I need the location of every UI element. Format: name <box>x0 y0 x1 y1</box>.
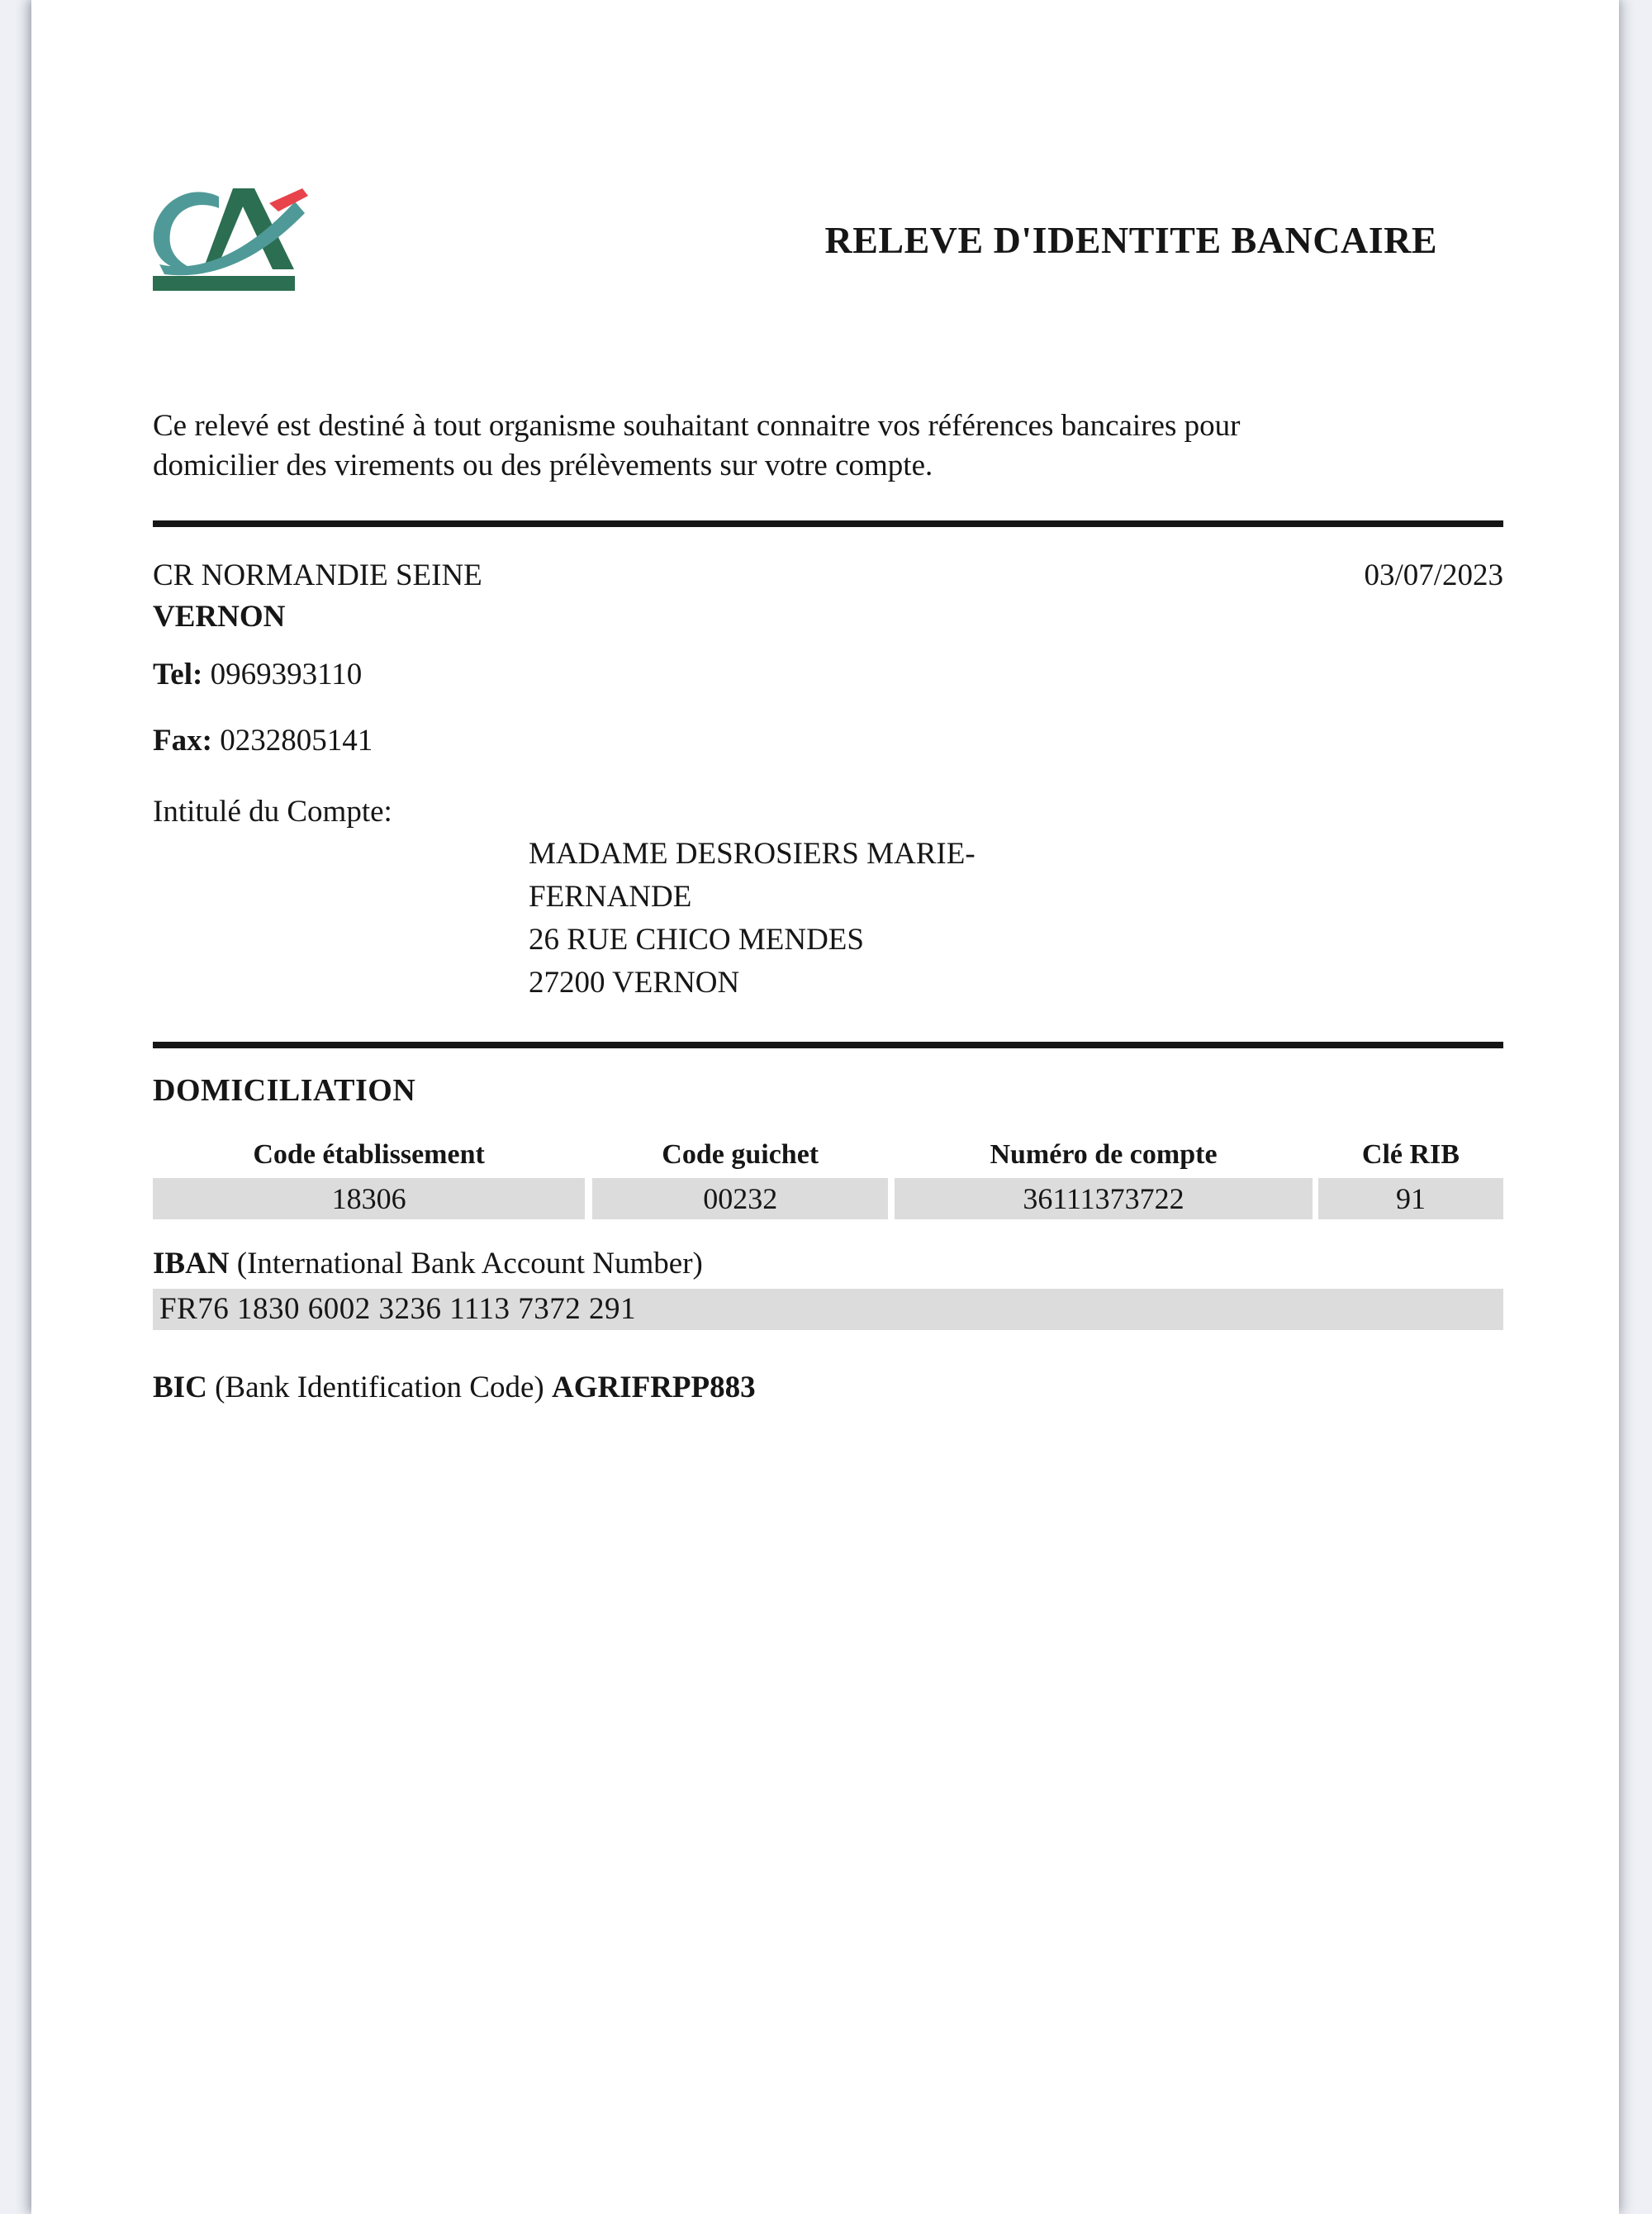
col-header-code-etablissement: Code établissement <box>153 1134 585 1176</box>
tel-label: Tel: <box>153 658 202 691</box>
branch-city: VERNON <box>153 596 1503 638</box>
fax-label: Fax: <box>153 724 212 758</box>
col-header-numero-de-compte: Numéro de compte <box>895 1134 1313 1176</box>
bic-label: BIC <box>153 1371 207 1404</box>
intro-paragraph: Ce relevé est destiné à tout organisme s… <box>153 406 1503 486</box>
horizontal-rule-top <box>153 520 1503 527</box>
tel-value: 0969393110 <box>211 658 363 691</box>
document-content: RELEVE D'IDENTITE BANCAIRE Ce relevé est… <box>31 188 1619 1409</box>
page-title: RELEVE D'IDENTITE BANCAIRE <box>825 218 1438 262</box>
cell-code-etablissement: 18306 <box>153 1178 585 1219</box>
account-holder-line: FERNANDE <box>529 876 1503 919</box>
bic-label-suffix: (Bank Identification Code) <box>215 1371 544 1404</box>
cell-numero-de-compte: 36111373722 <box>895 1178 1313 1219</box>
col-header-cle-rib: Clé RIB <box>1318 1134 1503 1176</box>
account-holder-block: MADAME DESROSIERS MARIE- FERNANDE 26 RUE… <box>153 833 1503 1005</box>
intro-line-1: Ce relevé est destiné à tout organisme s… <box>153 406 1503 446</box>
cell-cle-rib: 91 <box>1318 1178 1503 1219</box>
bic-line: BIC (Bank Identification Code) AGRIFRPP8… <box>153 1367 1503 1409</box>
cell-code-guichet: 00232 <box>592 1178 888 1219</box>
account-holder-line: 26 RUE CHICO MENDES <box>529 919 1503 962</box>
fax-line: Fax: 0232805141 <box>153 720 1503 762</box>
credit-agricole-logo-icon <box>153 188 308 291</box>
rib-table-header: Code établissement Code guichet Numéro d… <box>153 1134 1503 1176</box>
iban-value-bar: FR76 1830 6002 3236 1113 7372 291 <box>153 1289 1503 1330</box>
logo-red-accent <box>269 188 308 211</box>
col-header-code-guichet: Code guichet <box>592 1134 888 1176</box>
domiciliation-section-title: DOMICILIATION <box>153 1067 1503 1114</box>
branch-row: CR NORMANDIE SEINE 03/07/2023 <box>153 555 1503 596</box>
iban-label-suffix: (International Bank Account Number) <box>237 1247 703 1280</box>
iban-label-line: IBAN (International Bank Account Number) <box>153 1243 1503 1285</box>
intro-line-2: domicilier des virements ou des prélèvem… <box>153 446 1503 486</box>
horizontal-rule-domiciliation <box>153 1042 1503 1048</box>
tel-line: Tel: 0969393110 <box>153 654 1503 696</box>
document-header: RELEVE D'IDENTITE BANCAIRE <box>153 188 1503 291</box>
fax-value: 0232805141 <box>220 724 373 758</box>
account-holder-line: MADAME DESROSIERS MARIE- <box>529 833 1503 876</box>
account-holder-line: 27200 VERNON <box>529 962 1503 1005</box>
logo-underline-bar <box>153 276 295 291</box>
document-date: 03/07/2023 <box>1364 555 1503 596</box>
bic-value: AGRIFRPP883 <box>552 1371 756 1404</box>
document-page: RELEVE D'IDENTITE BANCAIRE Ce relevé est… <box>31 0 1619 2214</box>
branch-name: CR NORMANDIE SEINE <box>153 555 482 596</box>
iban-label: IBAN <box>153 1247 230 1280</box>
rib-table-values: 18306 00232 36111373722 91 <box>153 1178 1503 1219</box>
account-title-label: Intitulé du Compte: <box>153 791 1503 833</box>
